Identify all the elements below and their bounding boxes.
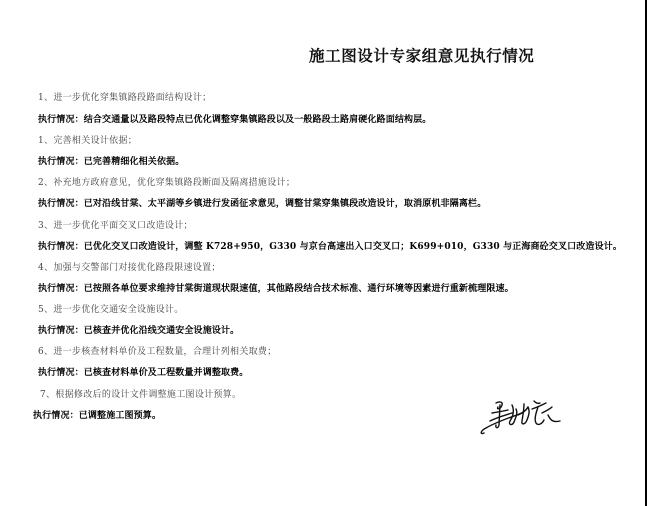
requirement-6: 5、进一步优化交通安全设施设计。 bbox=[38, 304, 184, 316]
result-5: 执行情况：已按照各单位要求维持甘棠街道现状限速值，其他路段结合技术标准、通行环境… bbox=[38, 283, 514, 295]
requirement-7: 6、进一步核查材料单价及工程数量，合理计列相关取费； bbox=[38, 346, 277, 358]
document-title: 施工图设计专家组意见执行情况 bbox=[309, 44, 534, 66]
result-6: 执行情况：已核查并优化沿线交通安全设施设计。 bbox=[38, 325, 239, 337]
requirement-8: 7、根据修改后的设计文件调整施工图设计预算。 bbox=[40, 389, 241, 401]
result-2: 执行情况：已完善精细化相关依据。 bbox=[38, 156, 184, 168]
handwritten-signature-icon bbox=[478, 395, 568, 437]
requirement-5: 4、加强与交警部门对接优化路段限速设置； bbox=[38, 262, 221, 274]
result-8: 执行情况：已调整施工图预算。 bbox=[33, 410, 161, 422]
requirement-1: 1、进一步优化穿集镇路段路面结构设计； bbox=[38, 92, 211, 104]
requirement-2: 1、完善相关设计依据； bbox=[38, 135, 137, 147]
result-7: 执行情况：已核查材料单价及工程数量并调整取费。 bbox=[38, 367, 248, 379]
result-1: 执行情况：结合交通量以及路段特点已优化调整穿集镇路段以及一般路段土路肩硬化路面结… bbox=[38, 114, 431, 126]
result-4: 执行情况：已优化交叉口改造设计，调整 K728+950，G330 与京台高速出入… bbox=[38, 241, 622, 253]
document-page: 施工图设计专家组意见执行情况 1、进一步优化穿集镇路段路面结构设计； 执行情况：… bbox=[0, 0, 647, 506]
result-3: 执行情况：已对沿线甘棠、太平湖等乡镇进行发函征求意见，调整甘棠穿集镇段改造设计，… bbox=[38, 198, 486, 210]
requirement-3: 2、补充地方政府意见，优化穿集镇路段断面及隔离措施设计； bbox=[38, 177, 295, 189]
requirement-4: 3、进一步优化平面交叉口改造设计； bbox=[38, 220, 193, 232]
